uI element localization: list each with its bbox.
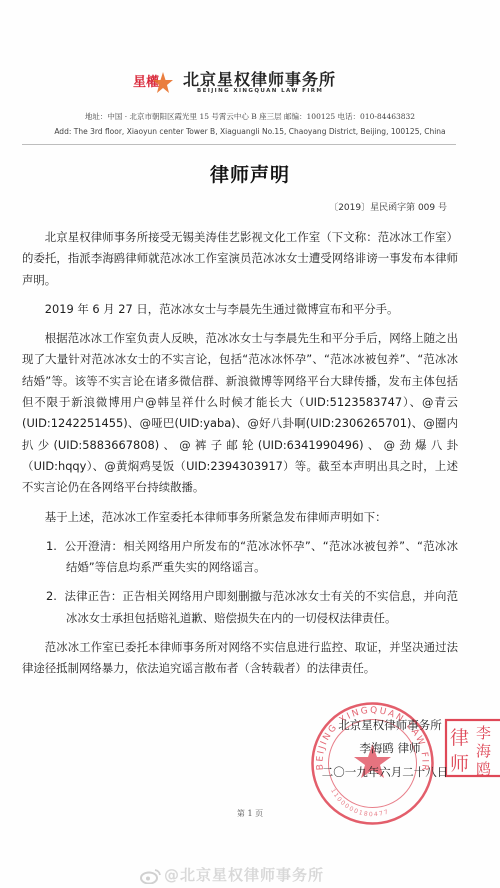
document-body: 北京星权律师事务所接受无锡美涛佳艺影视文化工作室（下文称：范冰冰工作室）的委托，… bbox=[22, 227, 458, 688]
weibo-watermark: @北京星权律师事务所 bbox=[140, 864, 324, 885]
document-title: 律师声明 bbox=[0, 160, 500, 187]
svg-text:李: 李 bbox=[476, 724, 491, 742]
svg-text:海: 海 bbox=[476, 742, 491, 760]
letterhead: 星權 北京星权律师事务所 BEIJING XINGQUAN LAW FIRM bbox=[0, 64, 500, 96]
signature-lawyer: 李海鸥 律师 bbox=[305, 740, 475, 756]
firm-name-cn: 北京星权律师事务所 bbox=[183, 67, 336, 90]
list-number: 2. bbox=[46, 589, 57, 603]
address-en: Add: The 3rd floor, Xiaoyun center Tower… bbox=[0, 127, 500, 136]
svg-text:星權: 星權 bbox=[133, 74, 159, 90]
list-text: 公开澄清：相关网络用户所发布的“范冰冰怀孕”、“范冰冰被包养”、“范冰冰结婚”等… bbox=[65, 539, 458, 574]
paragraph-breakup: 2019 年 6 月 27 日，范冰冰女士与李晨先生通过微博宣布和平分手。 bbox=[22, 299, 458, 320]
signature-firm: 北京星权律师事务所 bbox=[305, 717, 475, 733]
paragraph-intro: 北京星权律师事务所接受无锡美涛佳艺影视文化工作室（下文称：范冰冰工作室）的委托，… bbox=[22, 227, 458, 291]
paragraph-closing: 范冰冰工作室已委托本律师事务所对网络不实信息进行监控、取证，并坚决通过法律途径抵… bbox=[22, 637, 458, 680]
firm-name-en: BEIJING XINGQUAN LAW FIRM bbox=[197, 88, 323, 94]
document-page: 星權 北京星权律师事务所 BEIJING XINGQUAN LAW FIRM 地… bbox=[0, 0, 500, 888]
paragraph-rumors: 根据范冰冰工作室负责人反映，范冰冰女士与李晨先生和平分手后，网络上随之出现了大量… bbox=[22, 328, 458, 498]
page-number: 第 1 页 bbox=[0, 808, 500, 819]
signature-date: 二〇一九年六月二十八日 bbox=[300, 764, 470, 780]
svg-text:鸥: 鸥 bbox=[476, 760, 491, 778]
paragraph-statement-lead: 基于上述，范冰冰工作室委托本律师事务所紧急发布律师声明如下： bbox=[22, 507, 458, 528]
firm-logo-icon: 星權 bbox=[133, 70, 173, 96]
header-divider bbox=[22, 144, 456, 145]
list-item-legal-warning: 2. 法律正告：正告相关网络用户即刻删撤与范冰冰女士有关的不实信息，并向范冰冰女… bbox=[22, 586, 458, 629]
address-cn: 地址：中国 · 北京市朝阳区霞光里 15 号霄云中心 B 座三层 邮编：1001… bbox=[0, 111, 500, 122]
weibo-icon bbox=[140, 868, 162, 884]
reference-number: 〔2019〕星民函字第 009 号 bbox=[329, 200, 447, 213]
watermark-text: @北京星权律师事务所 bbox=[164, 866, 324, 884]
list-item-clarification: 1. 公开澄清：相关网络用户所发布的“范冰冰怀孕”、“范冰冰被包养”、“范冰冰结… bbox=[22, 536, 458, 579]
list-text: 法律正告：正告相关网络用户即刻删撤与范冰冰女士有关的不实信息，并向范冰冰女士承担… bbox=[65, 589, 459, 624]
list-number: 1. bbox=[46, 539, 57, 553]
